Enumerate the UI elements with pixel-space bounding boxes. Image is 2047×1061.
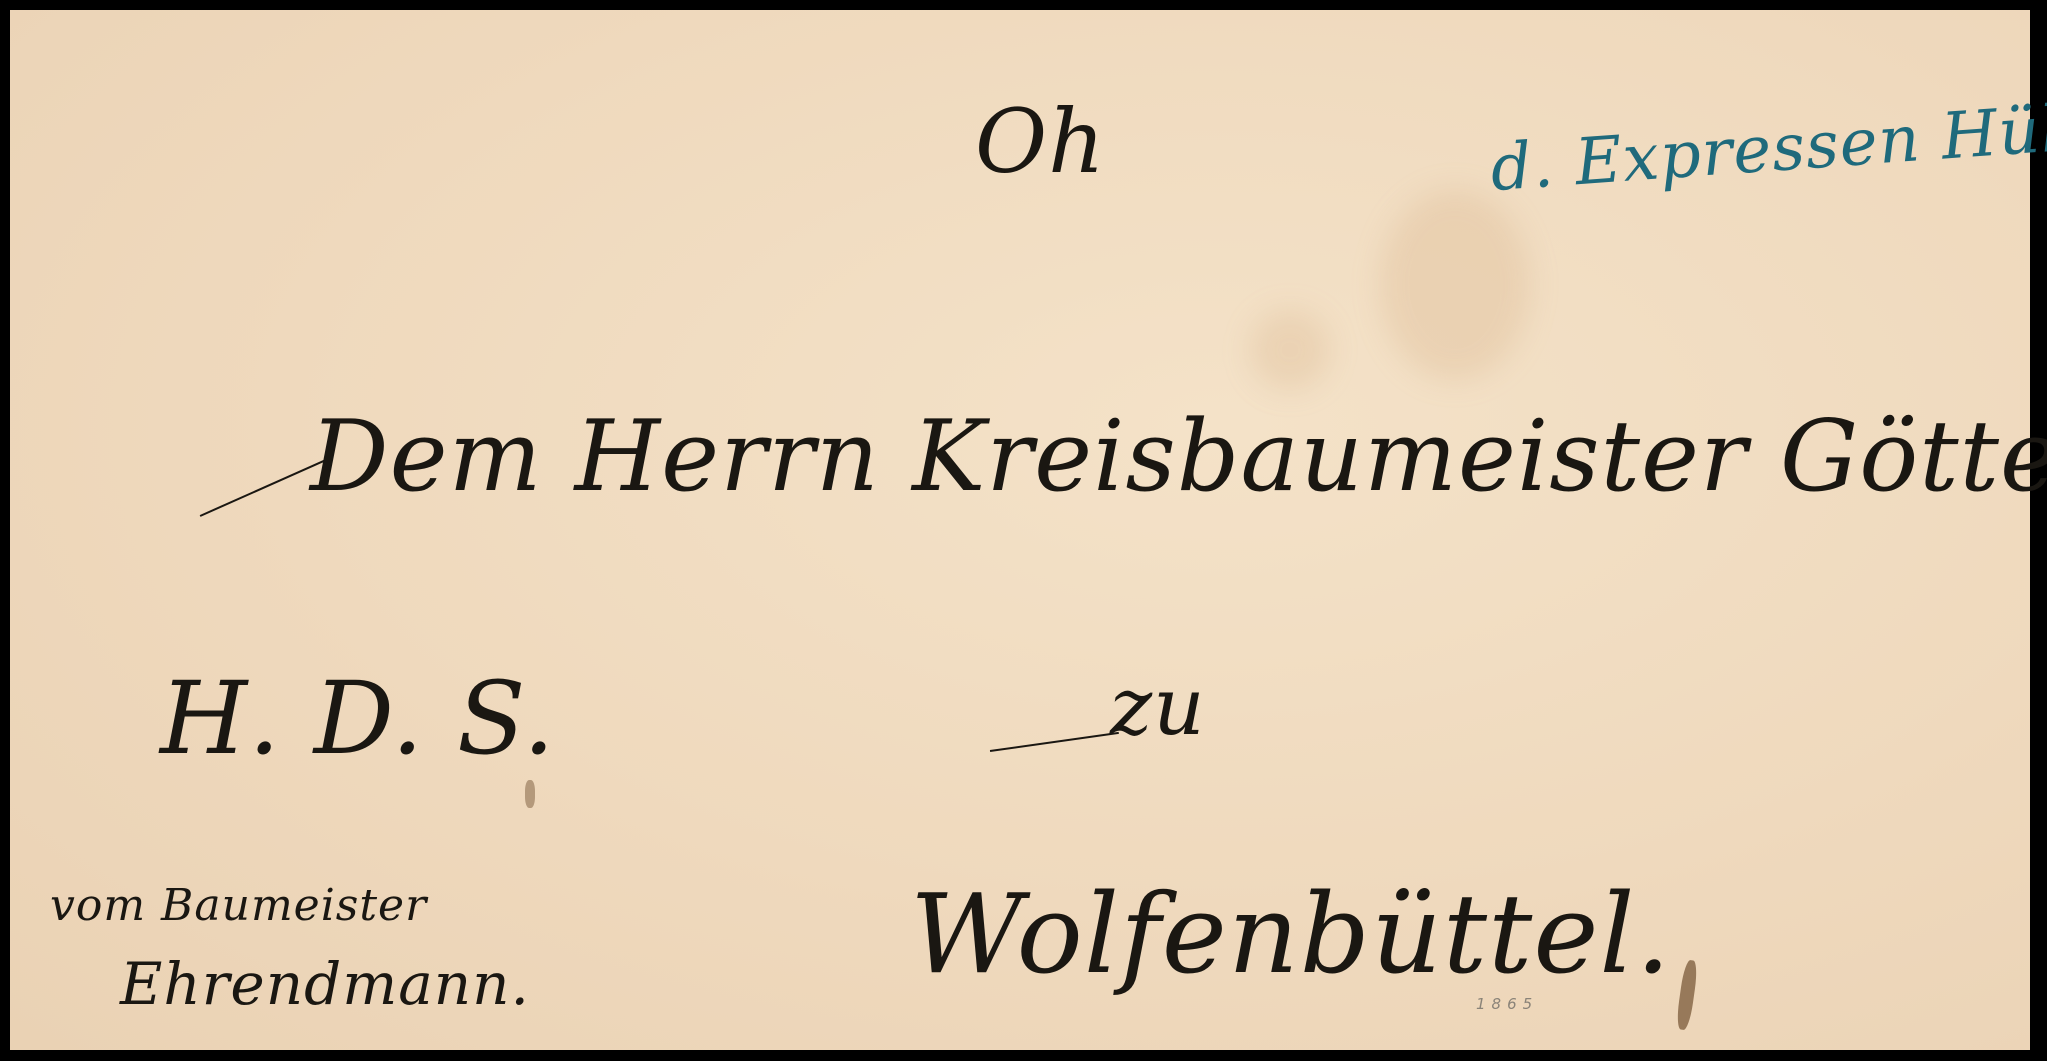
sender-line-1: vom Baumeister [50,880,427,931]
left-mark: H. D. S. [160,660,556,777]
address-line-recipient: Dem Herrn Kreisbaumeister Götter [310,400,2047,514]
pencil-year-note: 1865 [1476,995,1538,1013]
flourish-line [200,458,329,516]
top-right-note: d. Expressen Hülfe [1488,88,2047,206]
address-line-zu: zu [1110,660,1206,753]
ink-smudge [1675,959,1699,1030]
water-stain [1250,310,1330,390]
envelope-paper: Oh d. Expressen Hülfe Dem Herrn Kreisbau… [10,10,2030,1050]
flourish-line [990,732,1119,752]
top-mark: Oh [975,90,1106,193]
water-stain [1380,190,1530,380]
ink-smudge [525,780,535,808]
address-line-city: Wolfenbüttel. [910,870,1672,998]
sender-line-2: Ehrendmann. [120,950,530,1018]
